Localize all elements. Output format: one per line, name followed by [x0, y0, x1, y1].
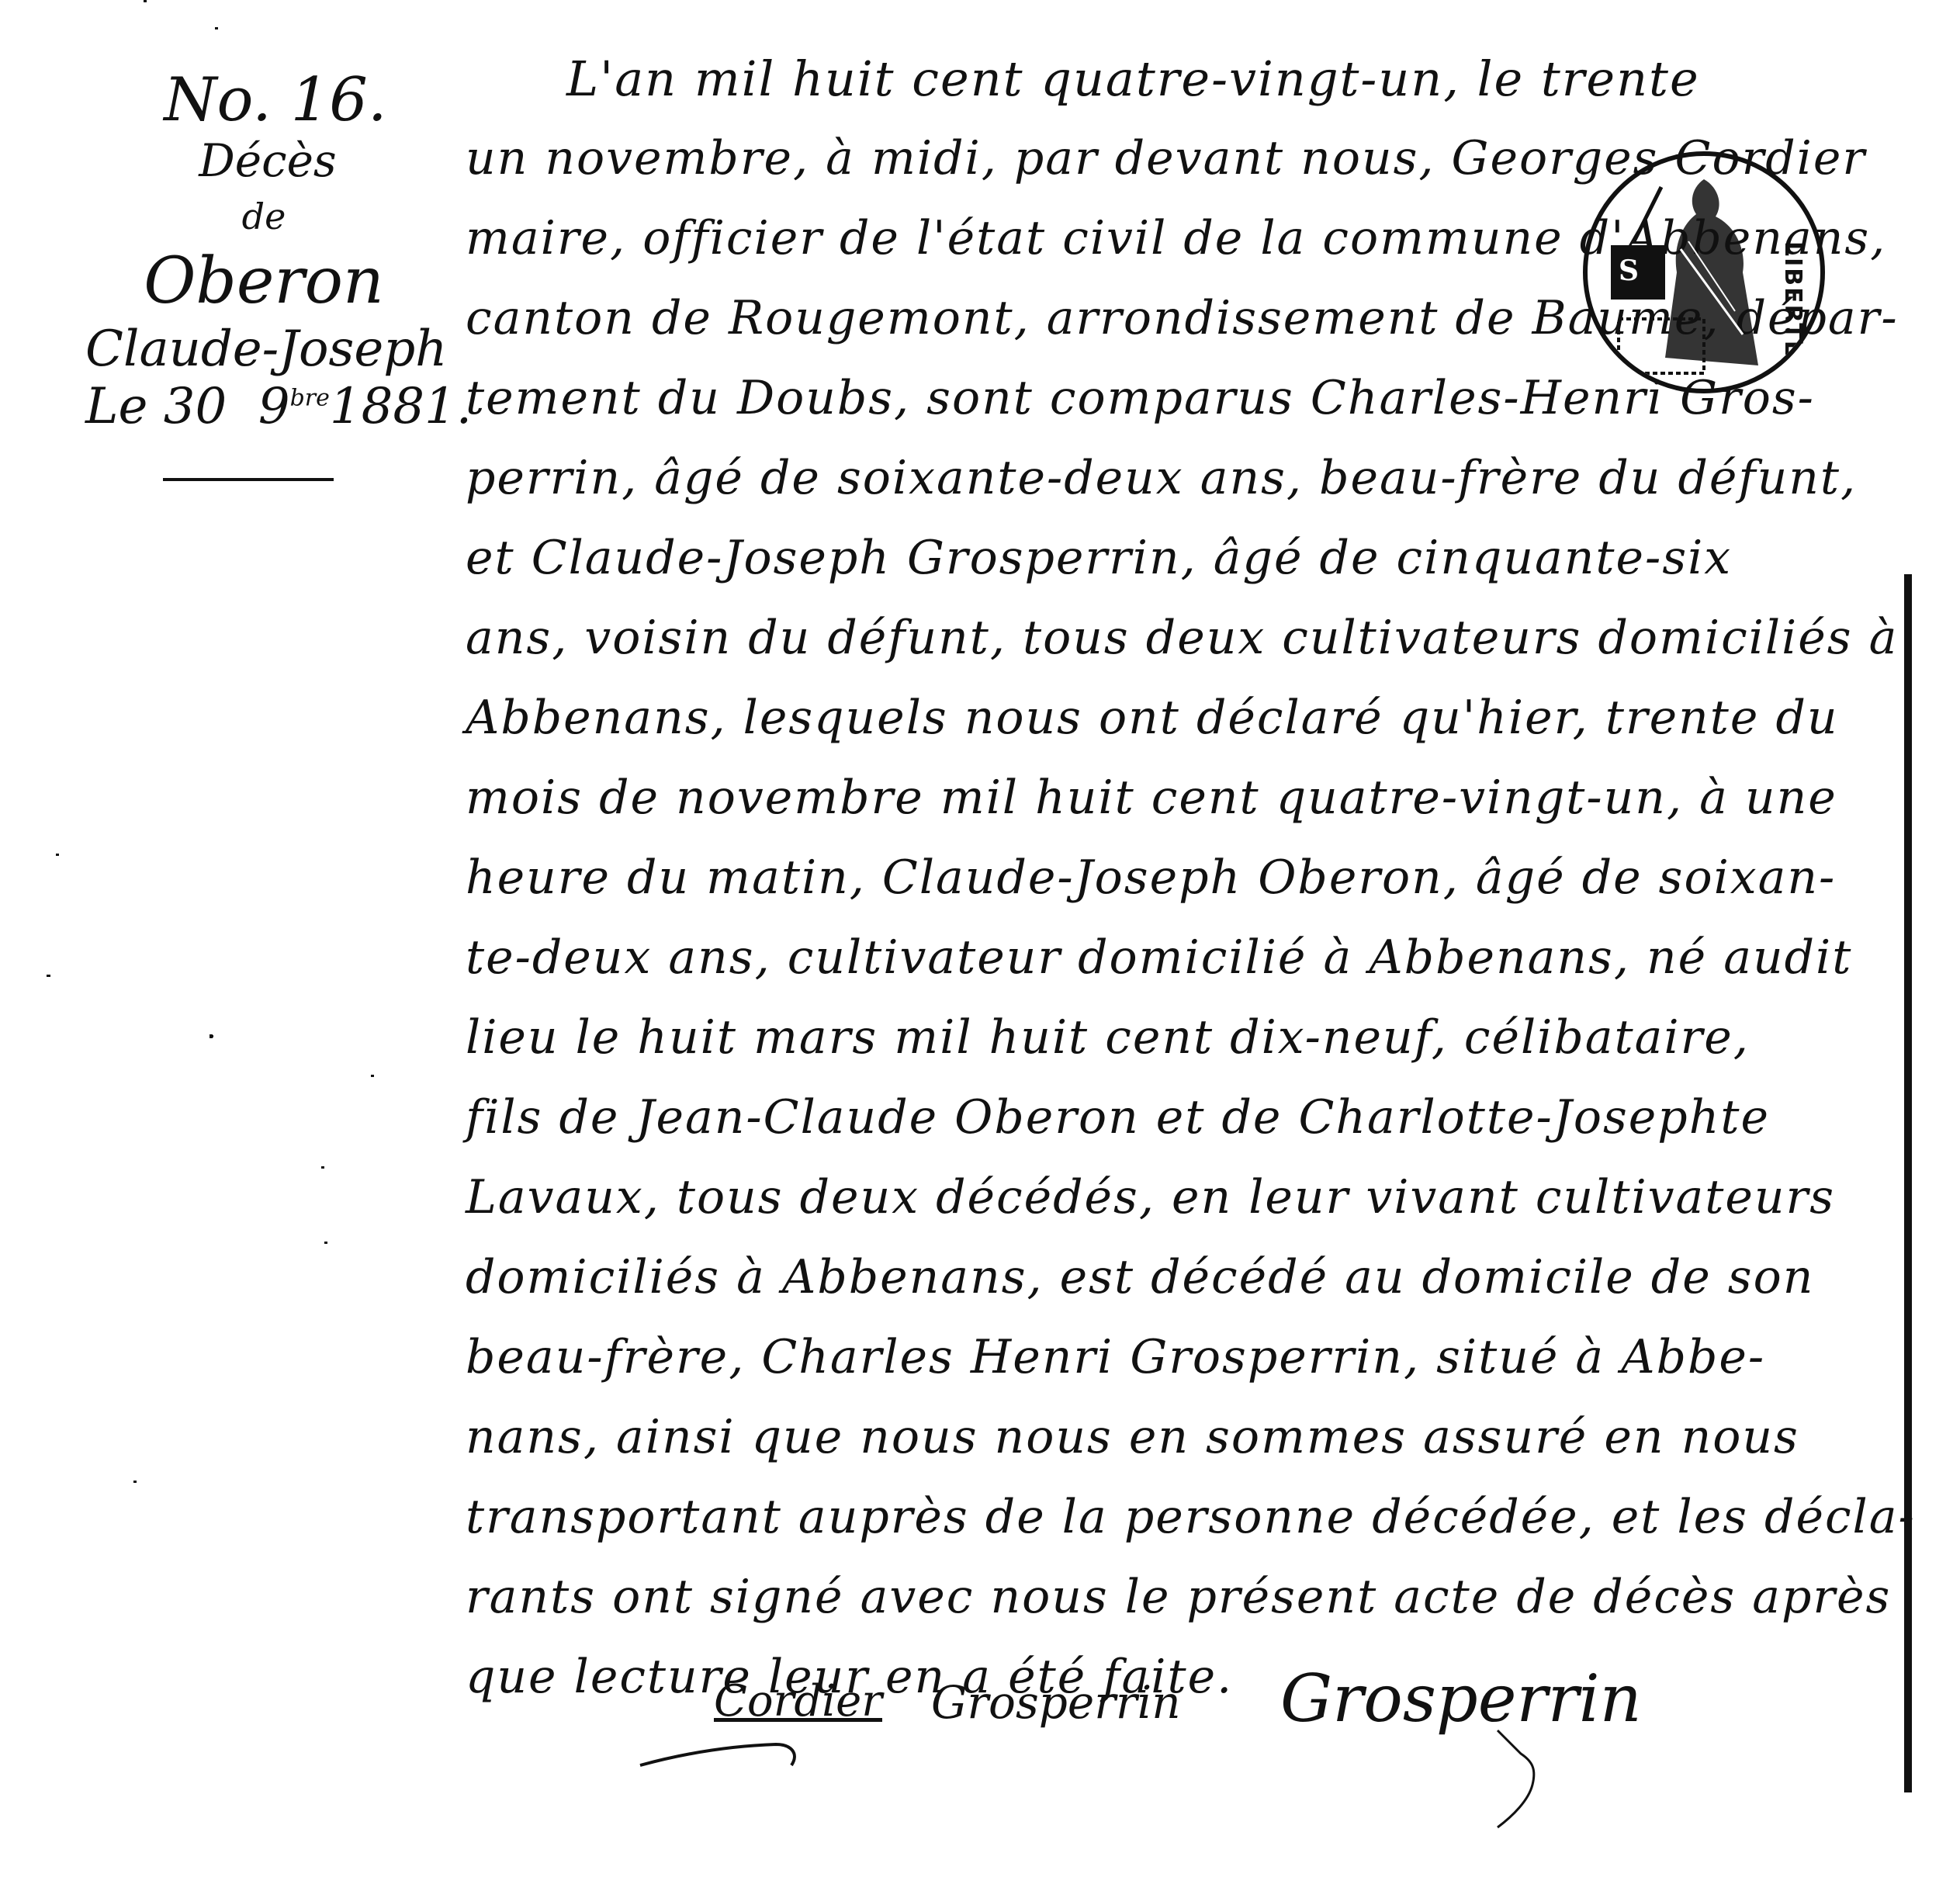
paper-speck	[321, 1166, 324, 1169]
body-line: heure du matin, Claude-Joseph Oberon, âg…	[466, 838, 1917, 918]
date-month: 9	[258, 378, 290, 435]
stamp-text: LIBERTÉ	[1779, 241, 1806, 358]
deceased-given-names: Claude-Joseph	[85, 324, 442, 374]
signature-block: Cordier Grosperrin Grosperrin	[714, 1668, 1800, 1824]
body-line: domiciliés à Abbenans, est décédé au dom…	[466, 1238, 1917, 1318]
paper-speck	[371, 1075, 374, 1077]
body-line: nans, ainsi que nous nous en sommes assu…	[466, 1398, 1917, 1477]
body-line: te-deux ans, cultivateur domicilié à Abb…	[466, 918, 1917, 998]
body-line: lieu le huit mars mil huit cent dix-neuf…	[466, 998, 1917, 1078]
signature-mayor: Cordier	[714, 1676, 882, 1727]
signature-flourish-icon	[1490, 1723, 1552, 1831]
body-line: beau-frère, Charles Henri Grosperrin, si…	[466, 1318, 1917, 1398]
paper-speck	[324, 1242, 327, 1244]
svg-text:S: S	[1619, 255, 1639, 287]
body-line: transportant auprès de la personne décéd…	[466, 1477, 1917, 1557]
paper-speck	[215, 27, 218, 29]
body-line: ans, voisin du défunt, tous deux cultiva…	[466, 598, 1917, 678]
paper-speck	[47, 975, 50, 977]
date-prefix: Le 30	[85, 378, 227, 435]
record-preposition: de	[85, 199, 442, 234]
record-date: Le 30 9bre1881.	[85, 382, 442, 431]
paper-speck	[210, 1035, 213, 1037]
body-line: et Claude-Joseph Grosperrin, âgé de cinq…	[466, 518, 1917, 598]
record-type: Décès	[93, 138, 442, 183]
paper-speck	[144, 0, 147, 2]
date-month-sup: bre	[290, 385, 330, 412]
signature-flourish-icon	[636, 1738, 838, 1769]
body-line: mois de novembre mil huit cent quatre-vi…	[466, 758, 1917, 838]
body-line: rants ont signé avec nous le présent act…	[466, 1557, 1917, 1637]
body-line: L'an mil huit cent quatre-vingt-un, le t…	[466, 39, 1917, 119]
margin-annotation: No. 16. Décès de Oberon Claude-Joseph Le…	[85, 70, 442, 481]
date-year: 1881.	[330, 378, 472, 435]
body-line: fils de Jean-Claude Oberon et de Charlot…	[466, 1078, 1917, 1158]
body-line: Lavaux, tous deux décédés, en leur vivan…	[466, 1158, 1917, 1238]
margin-divider	[163, 478, 334, 481]
paper-speck	[133, 1481, 137, 1483]
body-line: Abbenans, lesquels nous ont déclaré qu'h…	[466, 678, 1917, 758]
document-page: No. 16. Décès de Oberon Claude-Joseph Le…	[0, 0, 1960, 1898]
deceased-surname: Oberon	[85, 250, 442, 313]
page-edge-line	[1904, 574, 1912, 1792]
signature-witness-1: Grosperrin	[931, 1676, 1181, 1729]
record-number: No. 16.	[109, 70, 442, 130]
paper-speck	[56, 854, 59, 856]
official-stamp: S LIBERTÉ	[1583, 151, 1825, 393]
body-line: perrin, âgé de soixante-deux ans, beau-f…	[466, 438, 1917, 518]
signature-witness-2: Grosperrin	[1280, 1661, 1642, 1737]
